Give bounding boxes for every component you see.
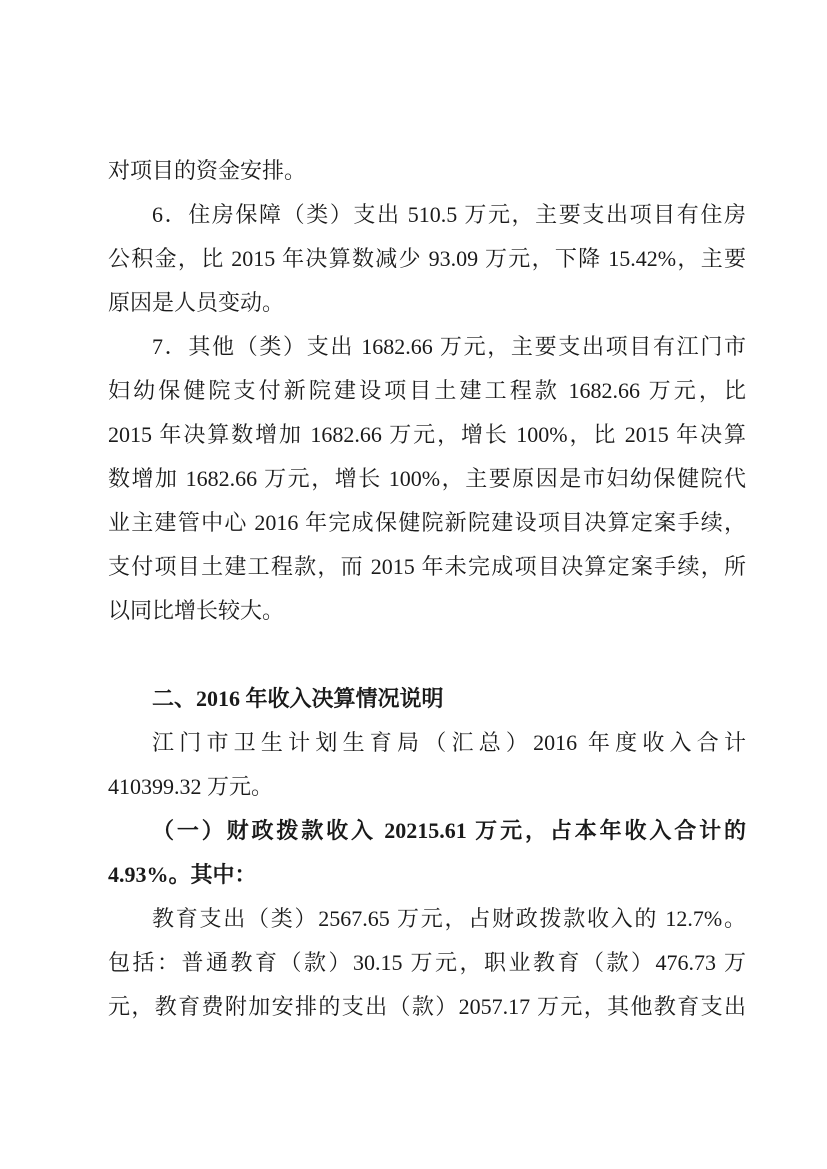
text-line: 公积金，比 2015 年决算数减少 93.09 万元，下降 15.42%，主要: [108, 237, 746, 281]
document-body: 对项目的资金安排。6．住房保障（类）支出 510.5 万元，主要支出项目有住房公…: [108, 149, 746, 1029]
text-line: 妇幼保健院支付新院建设项目土建工程款 1682.66 万元，比: [108, 369, 746, 413]
text-line: 2015 年决算数增加 1682.66 万元，增长 100%，比 2015 年决…: [108, 413, 746, 457]
text-line: 支付项目土建工程款，而 2015 年未完成项目决算定案手续，所: [108, 545, 746, 589]
text-line: 江门市卫生计划生育局（汇总）2016 年度收入合计: [108, 721, 746, 765]
blank-line: [108, 633, 746, 677]
text-line: 包括：普通教育（款）30.15 万元，职业教育（款）476.73 万: [108, 941, 746, 985]
text-line: 7．其他（类）支出 1682.66 万元，主要支出项目有江门市: [108, 325, 746, 369]
text-line: 对项目的资金安排。: [108, 149, 746, 193]
document-page: 对项目的资金安排。6．住房保障（类）支出 510.5 万元，主要支出项目有住房公…: [0, 0, 827, 1169]
text-line: 以同比增长较大。: [108, 589, 746, 633]
heading-line: 二、2016 年收入决算情况说明: [108, 677, 746, 721]
text-line: 原因是人员变动。: [108, 281, 746, 325]
text-line: 410399.32 万元。: [108, 765, 746, 809]
text-line: 业主建管中心 2016 年完成保健院新院建设项目决算定案手续，: [108, 501, 746, 545]
text-line: 教育支出（类）2567.65 万元，占财政拨款收入的 12.7%。: [108, 897, 746, 941]
heading-line: 4.93%。其中：: [108, 853, 746, 897]
text-line: 数增加 1682.66 万元，增长 100%，主要原因是市妇幼保健院代: [108, 457, 746, 501]
text-line: 6．住房保障（类）支出 510.5 万元，主要支出项目有住房: [108, 193, 746, 237]
heading-line: （一）财政拨款收入 20215.61 万元，占本年收入合计的: [108, 809, 746, 853]
text-line: 元，教育费附加安排的支出（款）2057.17 万元，其他教育支出: [108, 985, 746, 1029]
